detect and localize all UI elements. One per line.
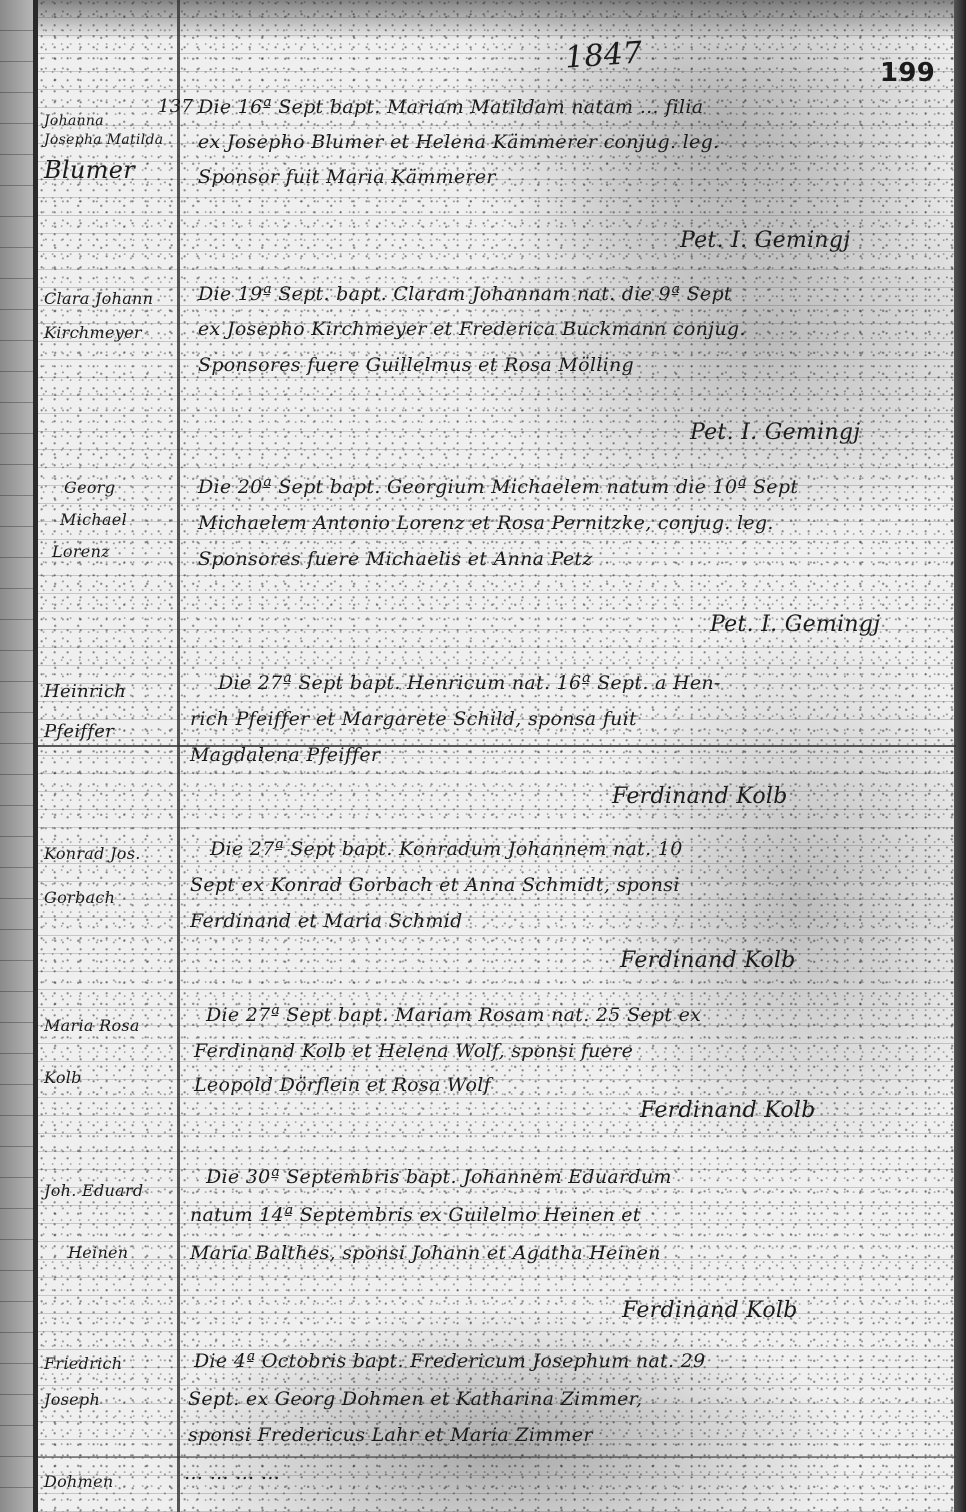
left-gutter: [0, 0, 34, 1512]
entry-line: Magdalena Pfeiffer: [190, 744, 380, 766]
entry-line: natum 14ª Septembris ex Guilelmo Heinen …: [190, 1204, 641, 1226]
margin-name-line: Blumer: [44, 150, 178, 190]
entry-line: Sept ex Konrad Gorbach et Anna Schmidt, …: [190, 874, 680, 896]
entry-line: ex Josepho Kirchmeyer et Frederica Buckm…: [198, 318, 746, 340]
entry-line: Sponsor fuit Maria Kämmerer: [198, 166, 496, 188]
margin-name-line: Dohmen: [44, 1464, 178, 1500]
margin-name-line: Friedrich: [44, 1346, 178, 1382]
margin-name-line: Konrad Jos.: [44, 832, 178, 876]
entry-line: ex Josepho Blumer et Helena Kämmerer con…: [198, 131, 719, 153]
entry-line: sponsi Fredericus Lahr et Maria Zimmer: [188, 1424, 593, 1446]
entry-line: Die 27ª Sept bapt. Konradum Johannem nat…: [210, 838, 683, 860]
entry-line: Die 27ª Sept bapt. Henricum nat. 16ª Sep…: [218, 672, 721, 694]
top-shadow: [38, 0, 956, 40]
entry-line: Sponsores fuere Guillelmus et Rosa Mölli…: [198, 354, 634, 376]
scan-noise: [0, 0, 966, 1512]
entry-line: Die 16ª Sept bapt. Mariam Matildam natam…: [198, 96, 703, 118]
margin-name-line: Joh. Eduard: [44, 1160, 178, 1222]
margin-name-line: Josepha Matilda: [44, 130, 178, 150]
entry-line: Die 4ª Octobris bapt. Fredericum Josephu…: [194, 1350, 705, 1372]
margin-name-line: Clara Johann: [44, 282, 178, 316]
margin-name: Maria Rosa Kolb: [44, 1000, 178, 1104]
entry-line: Die 20ª Sept bapt. Georgium Michaelem na…: [198, 476, 798, 498]
margin-name-line: Johanna: [44, 112, 178, 130]
entry-line: rich Pfeiffer et Margarete Schild, spons…: [190, 708, 637, 730]
margin-name-line: Joseph: [44, 1382, 178, 1418]
page-number: 199: [880, 58, 935, 88]
margin-name-line: Georg: [44, 472, 178, 504]
page-year: 1847: [564, 35, 644, 75]
margin-name: Friedrich Joseph Dohmen: [44, 1346, 178, 1500]
priest-signature: Pet. I. Gemingj: [710, 612, 880, 637]
left-border-line: [33, 0, 38, 1512]
margin-name: Joh. Eduard Heinen: [44, 1160, 178, 1284]
priest-signature: Ferdinand Kolb: [612, 784, 788, 809]
entry-line: Maria Balthes, sponsi Johann et Agatha H…: [190, 1242, 661, 1264]
margin-name-line: Heinrich: [44, 672, 178, 712]
margin-name: Konrad Jos. Gorbach: [44, 832, 178, 920]
margin-name-line: Heinen: [44, 1222, 178, 1284]
margin-name-line: Pfeiffer: [44, 712, 178, 752]
margin-name-line: Maria Rosa: [44, 1000, 178, 1052]
margin-name: Heinrich Pfeiffer: [44, 672, 178, 752]
margin-column-divider: [177, 0, 180, 1512]
entry-line: Michaelem Antonio Lorenz et Rosa Pernitz…: [198, 512, 774, 534]
entry-line: Die 27ª Sept bapt. Mariam Rosam nat. 25 …: [206, 1004, 701, 1026]
margin-name-line: Kirchmeyer: [44, 316, 178, 350]
entry-line: Sept. ex Georg Dohmen et Katharina Zimme…: [188, 1388, 642, 1410]
margin-name: Johanna Josepha Matilda Blumer: [44, 112, 178, 190]
margin-name-line: Michael: [44, 504, 178, 536]
priest-signature: Ferdinand Kolb: [640, 1098, 816, 1123]
entry-line: Ferdinand Kolb et Helena Wolf, sponsi fu…: [194, 1040, 633, 1062]
entry-line: Die 19ª Sept. bapt. Claram Johannam nat.…: [198, 283, 732, 305]
entry-line: … … … …: [184, 1462, 280, 1484]
priest-signature: Ferdinand Kolb: [620, 948, 796, 973]
margin-name: Georg Michael Lorenz: [44, 472, 178, 568]
register-page: 1847 199 137 Johanna Josepha Matilda Blu…: [0, 0, 966, 1512]
entry-line: Die 30ª Septembris bapt. Johannem Eduard…: [206, 1166, 672, 1188]
margin-name-line: Lorenz: [44, 536, 178, 568]
margin-name: Clara Johann Kirchmeyer: [44, 282, 178, 350]
priest-signature: Ferdinand Kolb: [622, 1298, 798, 1323]
priest-signature: Pet. I. Gemingj: [690, 420, 860, 445]
margin-name-line: Gorbach: [44, 876, 178, 920]
entry-line: Ferdinand et Maria Schmid: [190, 910, 463, 932]
entry-line: Leopold Dörflein et Rosa Wolf: [194, 1074, 491, 1096]
margin-name-line: Kolb: [44, 1052, 178, 1104]
priest-signature: Pet. I. Gemingj: [680, 228, 850, 253]
entry-line: Sponsores fuere Michaelis et Anna Petz: [198, 548, 593, 570]
right-page-edge: [954, 0, 966, 1512]
